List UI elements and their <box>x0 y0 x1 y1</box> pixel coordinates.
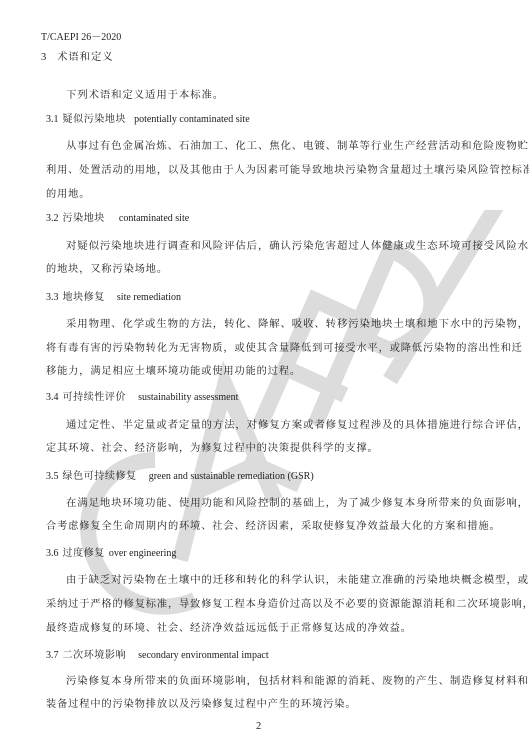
term-heading: 3.4可持续性评价sustainability assessment <box>46 391 238 405</box>
intro-text: 下列术语和定义适用于本标准。 <box>66 88 224 102</box>
term-definition-line: 对疑似污染地块进行调查和风险评估后，确认污染危害超过人体健康或生态环境可接受风险… <box>66 239 529 253</box>
term-number: 3.1 <box>46 114 59 125</box>
section-heading: 3术语和定义 <box>41 50 114 65</box>
term-number: 3.7 <box>46 650 59 661</box>
term-definition-line: 的用地。 <box>46 188 484 202</box>
term-heading: 3.6过度修复over engineering <box>46 547 176 561</box>
term-heading: 3.2污染地块contaminated site <box>46 212 189 226</box>
term-definition-line: 装备过程中的污染物排放以及污染修复过程中产生的环境污染。 <box>46 698 484 712</box>
term-en: site remediation <box>117 292 181 303</box>
term-heading: 3.1疑似污染地块potentially contaminated site <box>46 113 250 127</box>
term-definition-line: 定其环境、社会、经济影响，为修复过程中的决策提供科学的支撑。 <box>46 442 484 456</box>
term-zh: 污染地块 <box>63 213 105 224</box>
term-en: over engineering <box>109 548 176 559</box>
term-definition-line: 通过定性、半定量或者定量的方法，对修复方案或者修复过程涉及的具体措施进行综合评估… <box>66 418 529 432</box>
term-definition-line: 从事过有色金属冶炼、石油加工、化工、焦化、电镀、制革等行业生产经营活动和危险废物… <box>66 139 529 153</box>
term-definition-line: 在满足地块环境功能、使用功能和风险控制的基础上，为了减少修复本身所带来的负面影响… <box>66 496 529 510</box>
term-definition-line: 移能力，满足相应土壤环境功能或使用功能的过程。 <box>46 365 484 379</box>
term-definition-line: 采纳过于严格的修复标准，导致修复工程本身造价过高以及不必要的资源能源消耗和二次环… <box>46 598 484 612</box>
term-zh: 过度修复 <box>63 548 105 559</box>
term-en: secondary environmental impact <box>138 650 269 661</box>
term-definition-line: 的地块，又称污染场地。 <box>46 263 484 277</box>
term-heading: 3.7二次环境影响secondary environmental impact <box>46 649 269 663</box>
page-number: 2 <box>256 720 261 734</box>
term-en: green and sustainable remediation (GSR) <box>149 471 314 482</box>
term-definition-line: 合考虑修复全生命周期内的环境、社会、经济因素，采取使修复净效益最大化的方案和措施… <box>46 520 484 534</box>
term-heading: 3.3地块修复site remediation <box>46 291 181 305</box>
document-header: T/CAEPI 26－2020 <box>41 31 121 45</box>
section-number: 3 <box>41 52 47 63</box>
term-zh: 绿色可持续修复 <box>63 471 137 482</box>
term-number: 3.6 <box>46 548 59 559</box>
document-page: T/CAEPI 26－2020 3术语和定义 下列术语和定义适用于本标准。 3.… <box>0 0 529 738</box>
term-definition-line: 最终造成修复的环境、社会、经济净效益远远低于正常修复达成的净效益。 <box>46 622 484 636</box>
term-en: potentially contaminated site <box>134 114 250 125</box>
term-zh: 可持续性评价 <box>63 392 127 403</box>
term-number: 3.2 <box>46 213 59 224</box>
term-zh: 疑似污染地块 <box>63 114 127 125</box>
term-definition-line: 污染修复本身所带来的负面环境影响，包括材料和能源的消耗、废物的产生、制造修复材料… <box>66 674 529 688</box>
term-definition-line: 将有毒有害的污染物转化为无害物质，或使其含量降低到可接受水平，或降低污染物的溶出… <box>46 342 484 356</box>
term-number: 3.3 <box>46 292 59 303</box>
section-title: 术语和定义 <box>57 51 113 63</box>
term-zh: 二次环境影响 <box>63 650 127 661</box>
term-definition-line: 由于缺乏对污染物在土壤中的迁移和转化的科学认识，未能建立准确的污染地块概念模型，… <box>66 573 529 587</box>
term-heading: 3.5绿色可持续修复green and sustainable remediat… <box>46 470 314 484</box>
term-en: sustainability assessment <box>138 392 238 403</box>
term-number: 3.5 <box>46 471 59 482</box>
term-definition-line: 利用、处置活动的用地，以及其他由于人为因素可能导致地块污染物含量超过土壤污染风险… <box>46 164 484 178</box>
term-zh: 地块修复 <box>63 292 105 303</box>
term-definition-line: 采用物理、化学或生物的方法，转化、降解、吸收、转移污染地块土壤和地下水中的污染物… <box>66 317 529 331</box>
term-number: 3.4 <box>46 392 59 403</box>
term-en: contaminated site <box>119 213 189 224</box>
